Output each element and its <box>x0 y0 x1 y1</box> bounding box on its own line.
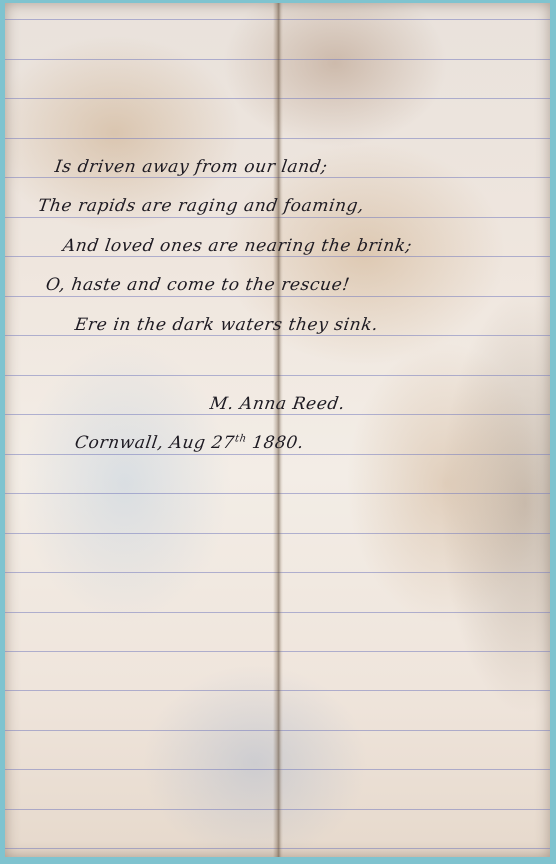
poem-line-1: Is driven away from our land; <box>54 157 329 177</box>
poem-line-4: O, haste and come to the rescue! <box>45 275 352 295</box>
center-fold-crease <box>273 3 283 857</box>
signature: M. Anna Reed. <box>209 394 347 414</box>
date-month-day: Aug 27 <box>168 433 236 453</box>
poem-line-2: The rapids are raging and foaming, <box>37 196 366 216</box>
place-date: Cornwall, Aug 27th 1880. <box>74 433 306 453</box>
poem-line-5: Ere in the dark waters they sink. <box>74 315 380 335</box>
letter-page: Is driven away from our land; The rapids… <box>5 3 550 857</box>
date-year: 1880. <box>251 433 305 453</box>
poem-line-3: And loved ones are nearing the brink; <box>62 236 414 256</box>
date-ordinal: th <box>234 433 247 444</box>
place: Cornwall, <box>74 433 165 453</box>
